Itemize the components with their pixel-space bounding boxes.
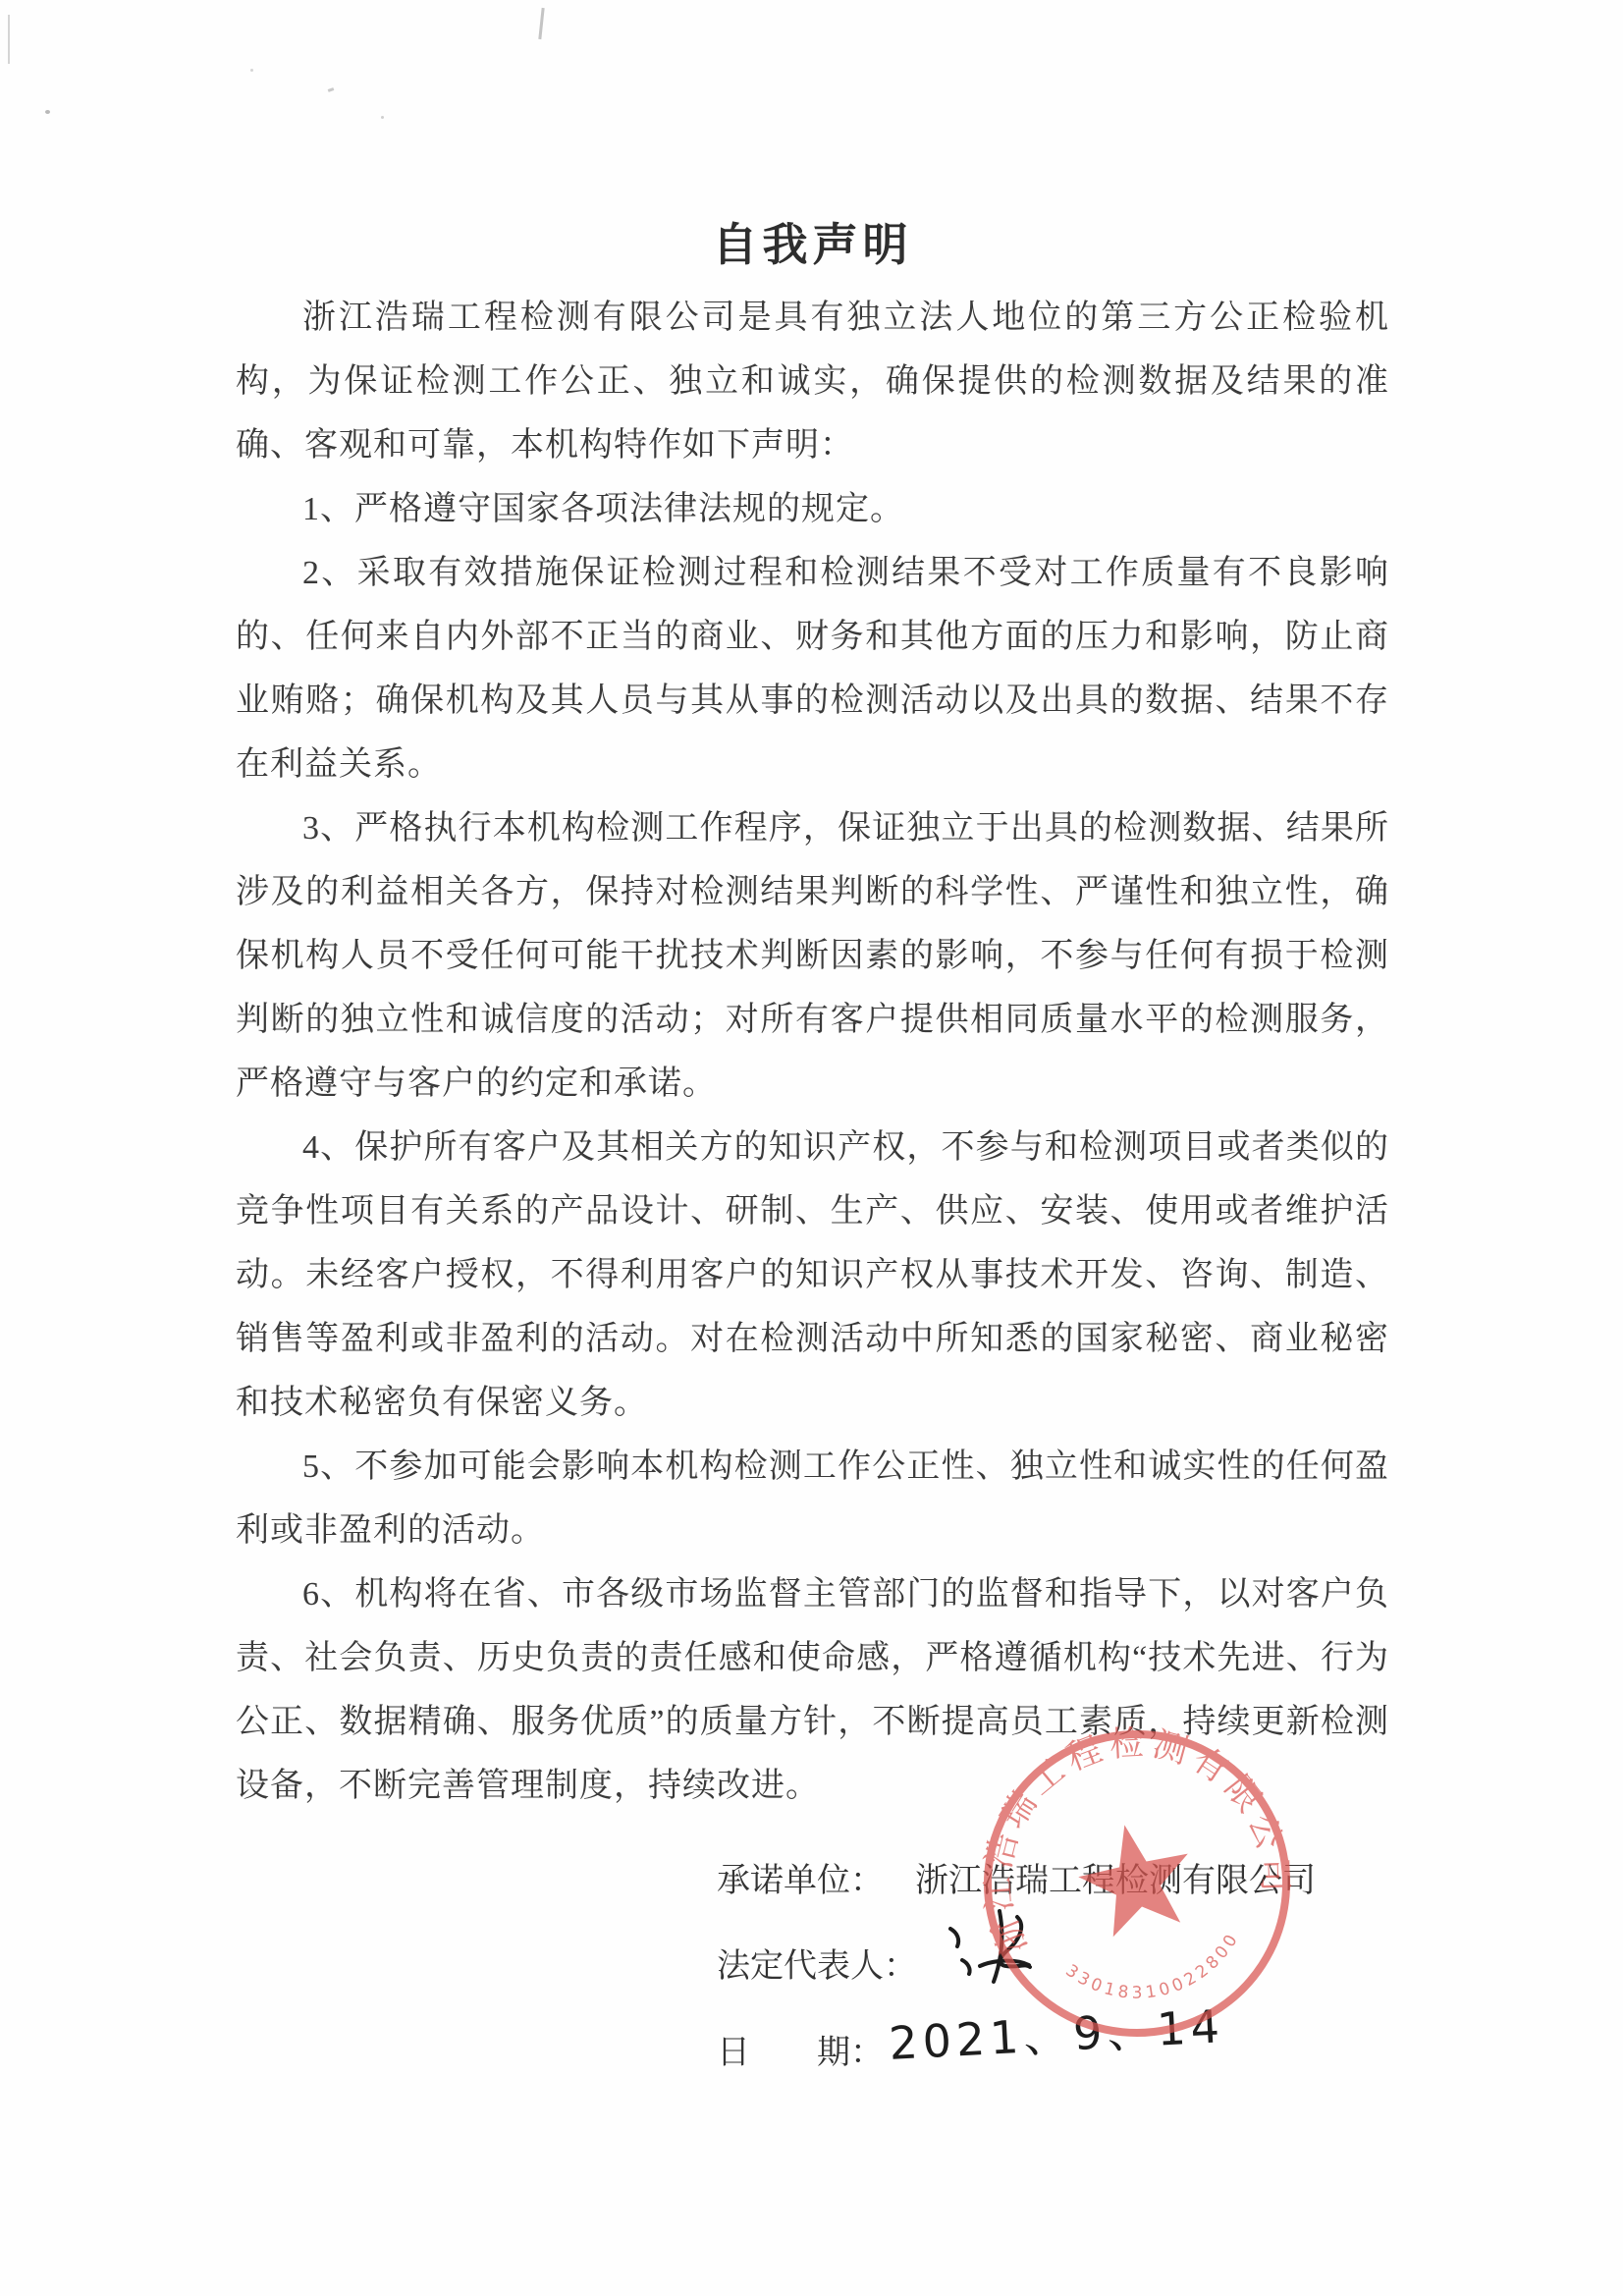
legal-representative-row: 法定代表人： — [717, 1947, 917, 1987]
promise-unit-label: 承诺单位： — [717, 1863, 884, 1899]
scan-artifact — [250, 69, 253, 72]
date-row: 日 期： — [717, 2034, 884, 2073]
document-title: 自我声明 — [236, 218, 1389, 272]
handwritten-date: 2021、9、14 — [888, 1991, 1226, 2073]
scan-artifact — [538, 8, 544, 39]
handwritten-signature — [935, 1903, 1062, 2001]
declaration-item-6: 6、机构将在省、市各级市场监督主管部门的监督和指导下，以对客户负责、社会负责、历… — [236, 1562, 1389, 1818]
scan-artifact — [328, 87, 335, 92]
declaration-intro-paragraph: 浙江浩瑞工程检测有限公司是具有独立法人地位的第三方公正检验机构，为保证检测工作公… — [236, 286, 1389, 477]
declaration-item-2: 2、采取有效措施保证检测过程和检测结果不受对工作质量有不良影响的、任何来自内外部… — [236, 541, 1389, 796]
scan-artifact — [381, 116, 384, 119]
declaration-item-5: 5、不参加可能会影响本机构检测工作公正性、独立性和诚实性的任何盈利或非盈利的活动… — [236, 1435, 1389, 1562]
promise-unit-value: 浙江浩瑞工程检测有限公司 — [915, 1863, 1316, 1899]
declaration-item-1: 1、严格遵守国家各项法律法规的规定。 — [236, 477, 1389, 541]
scan-artifact — [45, 110, 50, 114]
declaration-item-3: 3、严格执行本机构检测工作程序，保证独立于出具的检测数据、结果所涉及的利益相关各… — [236, 796, 1389, 1116]
scanned-declaration-page: 自我声明 浙江浩瑞工程检测有限公司是具有独立法人地位的第三方公正检验机构，为保证… — [0, 0, 1623, 2296]
date-label: 日 期： — [717, 2035, 884, 2071]
legal-representative-label: 法定代表人： — [717, 1948, 917, 1985]
declaration-item-4: 4、保护所有客户及其相关方的知识产权，不参与和检测项目或者类似的竞争性项目有关系… — [236, 1116, 1389, 1435]
scan-artifact — [8, 15, 10, 64]
promise-unit-row: 承诺单位：浙江浩瑞工程检测有限公司 — [717, 1862, 1316, 1901]
document-body: 自我声明 浙江浩瑞工程检测有限公司是具有独立法人地位的第三方公正检验机构，为保证… — [236, 218, 1389, 1818]
declaration-text: 浙江浩瑞工程检测有限公司是具有独立法人地位的第三方公正检验机构，为保证检测工作公… — [236, 286, 1389, 1818]
